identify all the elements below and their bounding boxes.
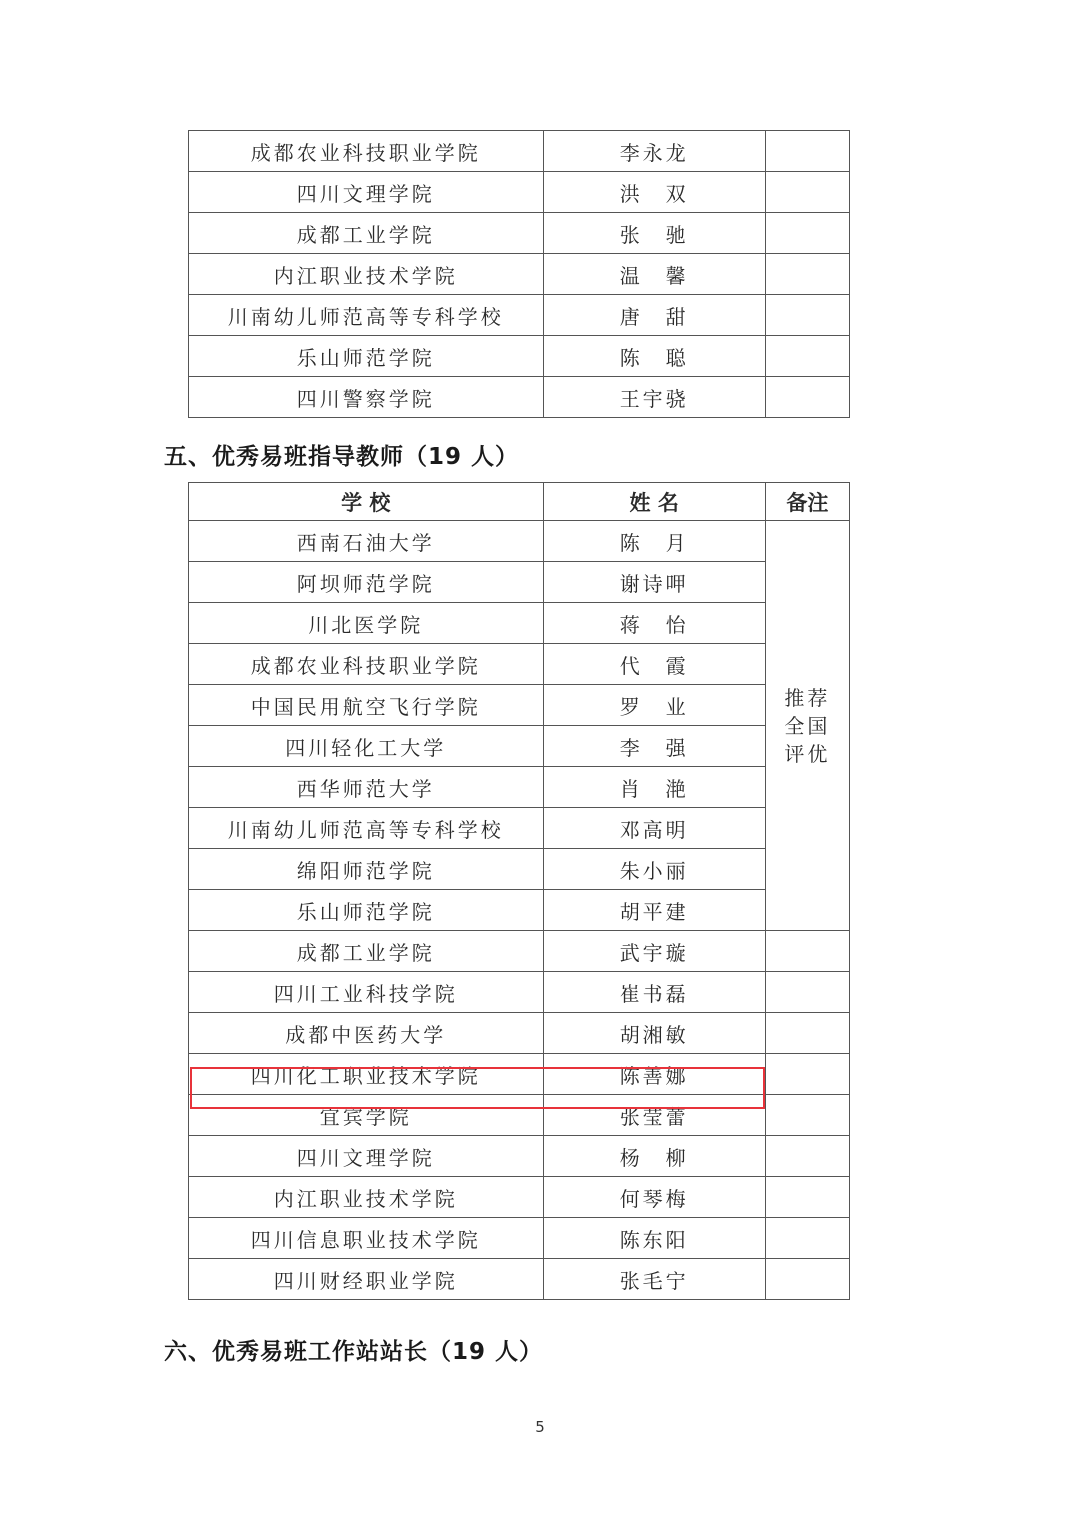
name-cell: 罗 业 — [543, 685, 765, 726]
table-row: 川南幼儿师范高等专科学校邓高明 — [189, 808, 850, 849]
school-cell: 四川财经职业学院 — [189, 1259, 544, 1300]
school-cell: 成都工业学院 — [189, 931, 544, 972]
table-row: 四川轻化工大学李 强 — [189, 726, 850, 767]
school-cell: 西南石油大学 — [189, 521, 544, 562]
name-cell: 王宇骁 — [543, 377, 765, 418]
name-cell: 陈东阳 — [543, 1218, 765, 1259]
name-cell: 肖 滟 — [543, 767, 765, 808]
table-continued: 成都农业科技职业学院李永龙 四川文理学院洪 双 成都工业学院张 驰 内江职业技术… — [188, 130, 850, 418]
school-cell: 成都中医药大学 — [189, 1013, 544, 1054]
table-row: 阿坝师范学院谢诗呷 — [189, 562, 850, 603]
name-cell: 胡平建 — [543, 890, 765, 931]
school-cell: 西华师范大学 — [189, 767, 544, 808]
note-cell — [765, 972, 849, 1013]
header-note: 备注 — [765, 483, 849, 521]
header-name: 姓 名 — [543, 483, 765, 521]
note-cell — [765, 254, 849, 295]
school-cell: 宜宾学院 — [189, 1095, 544, 1136]
table-row: 成都工业学院张 驰 — [189, 213, 850, 254]
table-row: 成都农业科技职业学院李永龙 — [189, 131, 850, 172]
table-row: 乐山师范学院陈 聪 — [189, 336, 850, 377]
table-row: 内江职业技术学院温 馨 — [189, 254, 850, 295]
school-cell: 内江职业技术学院 — [189, 1177, 544, 1218]
school-cell: 成都农业科技职业学院 — [189, 644, 544, 685]
table-header-row: 学 校 姓 名 备注 — [189, 483, 850, 521]
name-cell: 洪 双 — [543, 172, 765, 213]
note-cell — [765, 1259, 849, 1300]
table-row: 成都农业科技职业学院代 霞 — [189, 644, 850, 685]
section-title-5: 五、优秀易班指导教师（19 人） — [164, 438, 519, 471]
name-cell: 李 强 — [543, 726, 765, 767]
school-cell: 成都工业学院 — [189, 213, 544, 254]
name-cell: 张毛宁 — [543, 1259, 765, 1300]
table-row: 四川财经职业学院张毛宁 — [189, 1259, 850, 1300]
school-cell: 四川文理学院 — [189, 1136, 544, 1177]
note-cell — [765, 931, 849, 972]
table-row: 川北医学院蒋 怡 — [189, 603, 850, 644]
name-cell: 陈善娜 — [543, 1054, 765, 1095]
note-cell — [765, 1013, 849, 1054]
note-cell — [765, 336, 849, 377]
school-cell: 成都农业科技职业学院 — [189, 131, 544, 172]
table-row: 四川工业科技学院崔书磊 — [189, 972, 850, 1013]
school-cell: 乐山师范学院 — [189, 336, 544, 377]
school-cell: 四川化工职业技术学院 — [189, 1054, 544, 1095]
note-cell — [765, 1136, 849, 1177]
page-number: 5 — [0, 1418, 1080, 1436]
name-cell: 陈 月 — [543, 521, 765, 562]
note-cell — [765, 377, 849, 418]
name-cell: 张莹蕾 — [543, 1095, 765, 1136]
note-cell — [765, 295, 849, 336]
table-row: 绵阳师范学院朱小丽 — [189, 849, 850, 890]
name-cell: 张 驰 — [543, 213, 765, 254]
name-cell: 杨 柳 — [543, 1136, 765, 1177]
school-cell: 四川轻化工大学 — [189, 726, 544, 767]
name-cell: 邓高明 — [543, 808, 765, 849]
name-cell: 崔书磊 — [543, 972, 765, 1013]
school-cell: 阿坝师范学院 — [189, 562, 544, 603]
name-cell: 蒋 怡 — [543, 603, 765, 644]
table-row: 中国民用航空飞行学院罗 业 — [189, 685, 850, 726]
name-cell: 陈 聪 — [543, 336, 765, 377]
note-cell — [765, 1218, 849, 1259]
note-cell — [765, 213, 849, 254]
table-row-highlighted: 四川化工职业技术学院陈善娜 — [189, 1054, 850, 1095]
table-row: 西华师范大学肖 滟 — [189, 767, 850, 808]
name-cell: 代 霞 — [543, 644, 765, 685]
note-cell — [765, 1054, 849, 1095]
note-cell — [765, 131, 849, 172]
school-cell: 中国民用航空飞行学院 — [189, 685, 544, 726]
header-school: 学 校 — [189, 483, 544, 521]
school-cell: 四川文理学院 — [189, 172, 544, 213]
school-cell: 川北医学院 — [189, 603, 544, 644]
school-cell: 四川信息职业技术学院 — [189, 1218, 544, 1259]
note-line: 评优 — [766, 740, 849, 768]
table-row: 四川警察学院王宇骁 — [189, 377, 850, 418]
table-row: 四川文理学院杨 柳 — [189, 1136, 850, 1177]
name-cell: 何琴梅 — [543, 1177, 765, 1218]
note-merged-cell: 推荐 全国 评优 — [765, 521, 849, 931]
school-cell: 四川警察学院 — [189, 377, 544, 418]
table-row: 成都中医药大学胡湘敏 — [189, 1013, 850, 1054]
school-cell: 绵阳师范学院 — [189, 849, 544, 890]
note-line: 全国 — [766, 712, 849, 740]
name-cell: 谢诗呷 — [543, 562, 765, 603]
name-cell: 李永龙 — [543, 131, 765, 172]
table-row: 四川信息职业技术学院陈东阳 — [189, 1218, 850, 1259]
teacher-table: 学 校 姓 名 备注 西南石油大学 陈 月 推荐 全国 评优 阿坝师范学院谢诗呷… — [188, 482, 850, 1300]
note-cell — [765, 1095, 849, 1136]
table-row: 内江职业技术学院何琴梅 — [189, 1177, 850, 1218]
school-cell: 川南幼儿师范高等专科学校 — [189, 295, 544, 336]
school-cell: 内江职业技术学院 — [189, 254, 544, 295]
name-cell: 朱小丽 — [543, 849, 765, 890]
note-line: 推荐 — [766, 684, 849, 712]
school-cell: 乐山师范学院 — [189, 890, 544, 931]
table-row: 乐山师范学院胡平建 — [189, 890, 850, 931]
name-cell: 唐 甜 — [543, 295, 765, 336]
name-cell: 胡湘敏 — [543, 1013, 765, 1054]
table-row: 四川文理学院洪 双 — [189, 172, 850, 213]
table-row: 成都工业学院武宇璇 — [189, 931, 850, 972]
note-cell — [765, 172, 849, 213]
name-cell: 武宇璇 — [543, 931, 765, 972]
name-cell: 温 馨 — [543, 254, 765, 295]
section-title-6: 六、优秀易班工作站站长（19 人） — [164, 1333, 543, 1366]
school-cell: 四川工业科技学院 — [189, 972, 544, 1013]
table-row: 西南石油大学 陈 月 推荐 全国 评优 — [189, 521, 850, 562]
table-row: 川南幼儿师范高等专科学校唐 甜 — [189, 295, 850, 336]
note-cell — [765, 1177, 849, 1218]
table-row: 宜宾学院张莹蕾 — [189, 1095, 850, 1136]
school-cell: 川南幼儿师范高等专科学校 — [189, 808, 544, 849]
